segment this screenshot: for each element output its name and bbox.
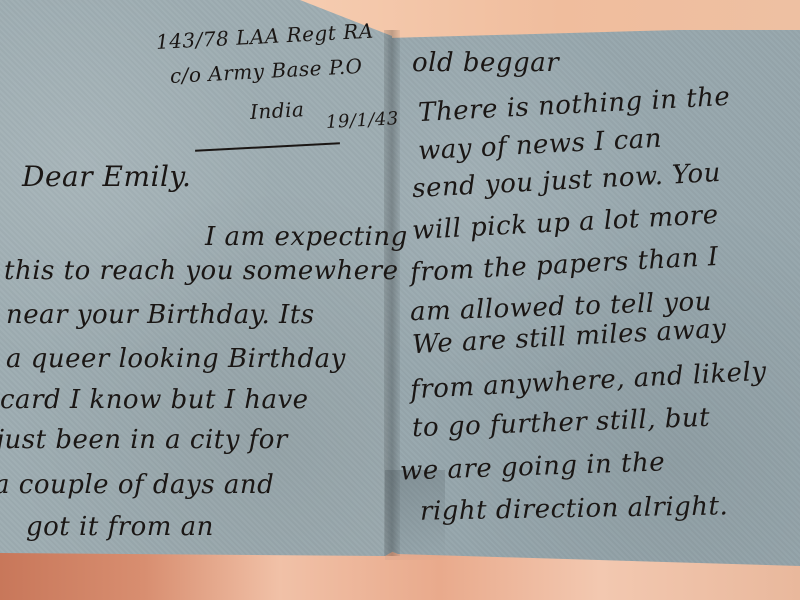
letter-line: this to reach you somewhere [4,256,398,286]
letter-line: a queer looking Birthday [6,344,346,374]
letter-line: near your Birthday. Its [6,300,315,330]
letter-line: old beggar [412,48,559,78]
letter-country: India [249,97,305,124]
letter-line: just been in a city for [0,425,288,455]
letter-salutation: Dear Emily. [22,160,191,193]
letter-line: right direction alright. [420,491,729,526]
letter-date: 19/1/43 [325,108,399,133]
letter-line: a couple of days and [0,470,274,500]
letter-line: I am expecting [205,222,408,252]
letter-line: got it from an [26,512,214,542]
letter-line: card I know but I have [0,385,309,415]
